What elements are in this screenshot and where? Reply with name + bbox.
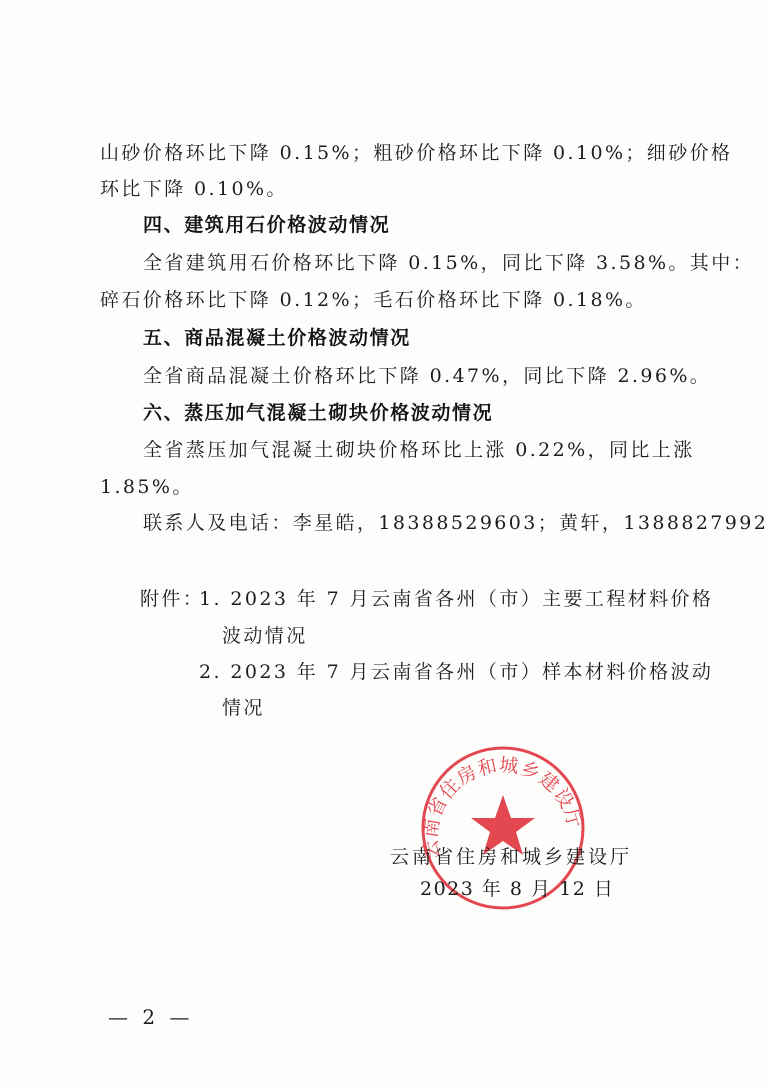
attachment-1-cont: 波动情况	[222, 624, 308, 648]
attachments-label: 附件：	[140, 587, 204, 611]
paragraph-building-stone: 全省建筑用石价格环比下降 0.15%，同比下降 3.58%。其中：	[143, 251, 754, 275]
paragraph-sand-prices-cont: 环比下降 0.10%。	[100, 177, 288, 201]
heading-building-stone: 四、建筑用石价格波动情况	[143, 213, 390, 237]
paragraph-building-stone-cont: 碎石价格环比下降 0.12%；毛石价格环比下降 0.18%。	[100, 288, 647, 312]
attachment-2-cont: 情况	[222, 696, 265, 720]
paragraph-aac-blocks-cont: 1.85%。	[100, 475, 194, 499]
heading-concrete: 五、商品混凝土价格波动情况	[143, 326, 411, 350]
paragraph-aac-blocks: 全省蒸压加气混凝土砌块价格环比上涨 0.22%，同比上涨	[143, 438, 695, 462]
paragraph-concrete: 全省商品混凝土价格环比下降 0.47%，同比下降 2.96%。	[143, 364, 711, 388]
paragraph-sand-prices: 山砂价格环比下降 0.15%；粗砂价格环比下降 0.10%；细砂价格	[100, 141, 732, 165]
attachment-2: 2. 2023 年 7 月云南省各州（市）样本材料价格波动	[199, 660, 713, 684]
attachment-1: 1. 2023 年 7 月云南省各州（市）主要工程材料价格	[199, 587, 713, 611]
signature-organization: 云南省住房和城乡建设厅	[390, 845, 632, 869]
signature-date: 2023 年 8 月 12 日	[420, 877, 614, 901]
heading-aac-blocks: 六、蒸压加气混凝土砌块价格波动情况	[143, 401, 493, 425]
page-number: — 2 —	[108, 1005, 193, 1029]
contact-info: 联系人及电话：李星皓，18388529603；黄轩，13888279920。	[143, 511, 767, 535]
